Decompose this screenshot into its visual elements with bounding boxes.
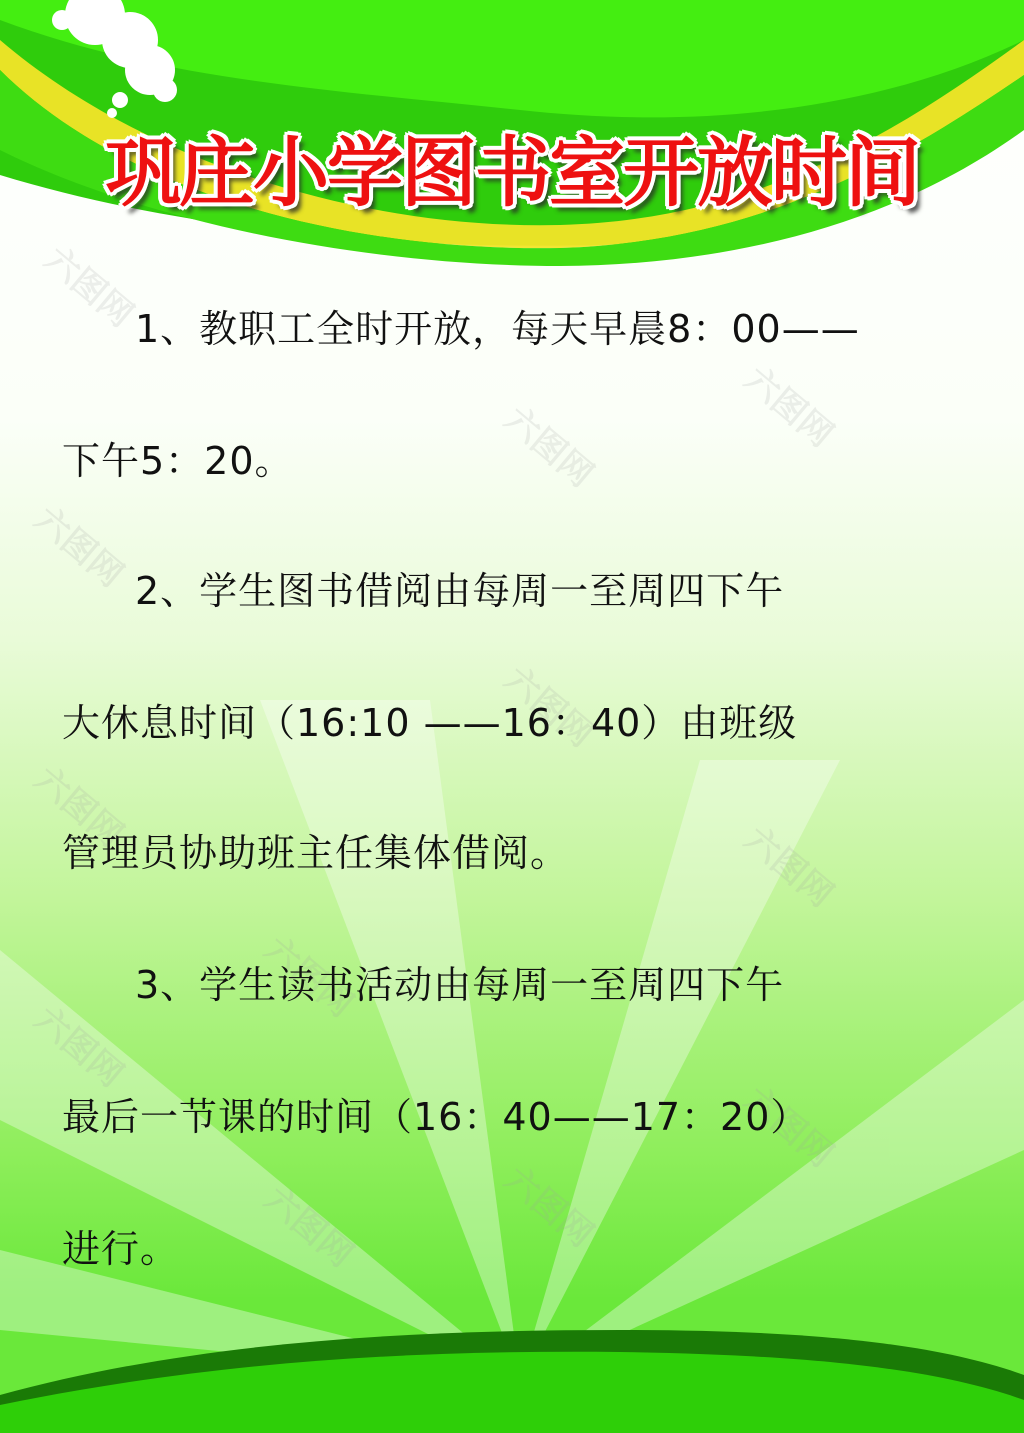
- item-1-line-2: 下午5：20。: [62, 430, 294, 485]
- item-3-line-2: 最后一节课的时间（16：40——17：20）: [62, 1086, 809, 1141]
- item-3-line-3: 进行。: [62, 1218, 179, 1273]
- item-1-line-1: 1、教职工全时开放，每天早晨8：00——: [135, 298, 860, 353]
- item-3-line-1: 3、学生读书活动由每周一至周四下午: [135, 954, 784, 1009]
- item-2-line-3: 管理员协助班主任集体借阅。: [62, 822, 569, 877]
- item-2-line-2: 大休息时间（16:10 ——16：40）由班级: [62, 692, 797, 747]
- item-2-line-1: 2、学生图书借阅由每周一至周四下午: [135, 560, 784, 615]
- library-hours-poster: 六图网 六图网 六图网 六图网 六图网 六图网 六图网 六图网 六图网 六图网 …: [0, 0, 1024, 1433]
- poster-title: 巩庄小学图书室开放时间: [0, 112, 1024, 221]
